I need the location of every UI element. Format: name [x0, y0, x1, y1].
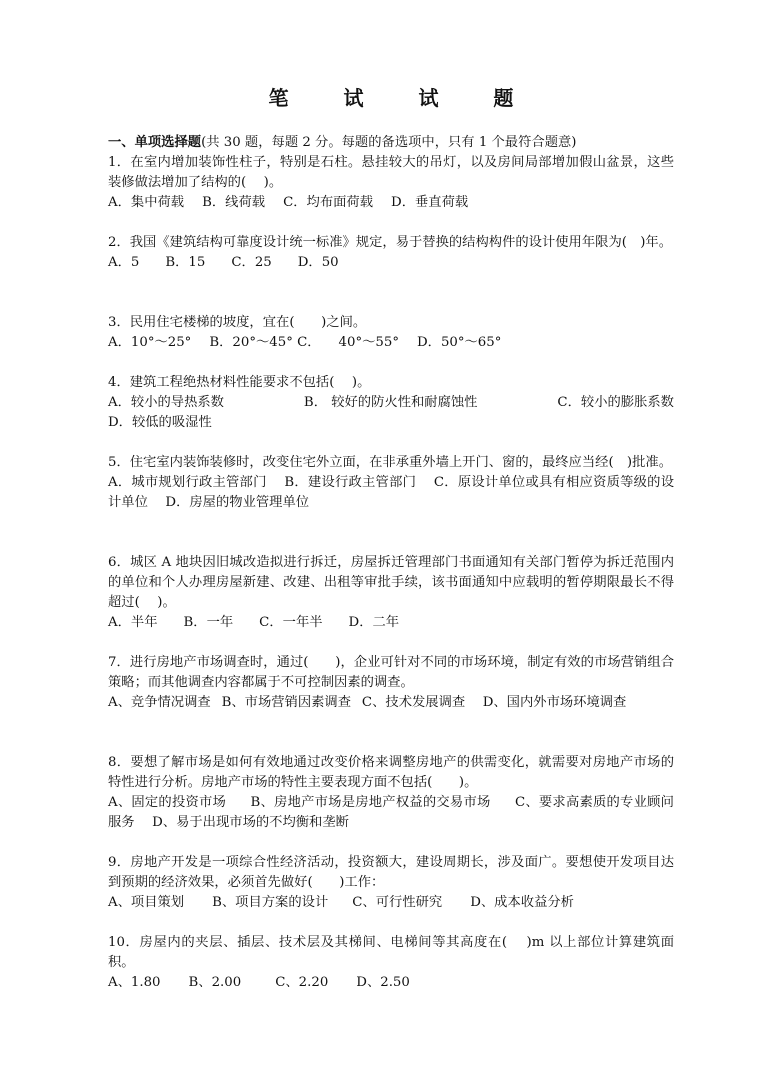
option-b: B．线荷载: [202, 193, 265, 213]
question-stem: 10．房屋内的夹层、插层、技术层及其梯间、电梯间等其高度在( )m 以上部位计算…: [108, 933, 674, 973]
options: A．10°～25° B．20°～45° C． 40°～55° D．50°～65°: [108, 333, 674, 353]
option-c: C．均布面荷载: [283, 193, 373, 213]
option-d: D．50°～65°: [417, 333, 501, 353]
option-b: B．20°～45° C．: [209, 333, 320, 353]
question-stem: 2．我国《建筑结构可靠度设计统一标准》规定，易于替换的结构构件的设计使用年限为(…: [108, 233, 674, 253]
question-stem: 7．进行房地产市场调查时，通过( )，企业可针对不同的市场环境，制定有效的市场营…: [108, 653, 674, 693]
option-d: D、易于出现市场的不均衡和垄断: [152, 815, 349, 830]
option-b: B、房地产市场是房地产权益的交易市场: [251, 795, 491, 810]
option-d: D．垂直荷载: [391, 193, 468, 213]
option-d: D．50: [298, 253, 339, 273]
option-a: A．半年: [108, 613, 158, 633]
option-c: C、2.20: [275, 973, 328, 993]
option-c: C、技术发展调查: [362, 695, 465, 710]
option-a: A、固定的投资市场: [108, 795, 226, 810]
option-a: A．城市规划行政主管部门: [108, 475, 267, 490]
option-d: D、2.50: [356, 973, 410, 993]
question-stem: 5．住宅室内装饰装修时，改变住宅外立面，在非承重外墙上开门、窗的，最终应当经( …: [108, 453, 674, 473]
section-heading: 一、单项选择题(共 30 题，每题 2 分。每题的备选项中，只有 1 个最符合题…: [108, 133, 678, 153]
question-stem: 8．要想了解市场是如何有效地通过改变价格来调整房地产的供需变化，就需要对房地产市…: [108, 753, 674, 793]
options: A．5 B．15 C．25 D．50: [108, 253, 674, 273]
question-stem: 9．房地产开发是一项综合性经济活动，投资额大，建设周期长，涉及面广。要想使开发项…: [108, 853, 674, 893]
option-d: D．房屋的物业管理单位: [165, 495, 309, 510]
question-stem: 1．在室内增加装饰性柱子，特别是石柱。悬挂较大的吊灯，以及房间局部增加假山盆景，…: [108, 153, 674, 193]
option-a: A、竞争情况调查: [108, 695, 211, 710]
options: A．集中荷载 B．线荷载 C．均布面荷载 D．垂直荷载: [108, 193, 674, 213]
option-d: D、成本收益分析: [470, 893, 574, 913]
options: A．城市规划行政主管部门 B．建设行政主管部门 C．原设计单位或具有相应资质等级…: [108, 473, 674, 513]
option-d: D、国内外市场环境调查: [483, 695, 627, 710]
option-a: A．集中荷载: [108, 193, 184, 213]
option-b: B、2.00: [189, 973, 242, 993]
page-title: 笔 试 试 题: [108, 82, 674, 111]
option-c: C．较小的膨胀系数: [557, 393, 674, 413]
question-1: 1．在室内增加装饰性柱子，特别是石柱。悬挂较大的吊灯，以及房间局部增加假山盆景，…: [108, 153, 674, 213]
section-title: 一、单项选择题: [108, 135, 201, 150]
question-2: 2．我国《建筑结构可靠度设计统一标准》规定，易于替换的结构构件的设计使用年限为(…: [108, 233, 674, 273]
question-6: 6．城区 A 地块因旧城改造拟进行拆迁，房屋拆迁管理部门书面通知有关部门暂停为拆…: [108, 553, 674, 633]
option-a: A．5: [108, 253, 139, 273]
question-stem: 6．城区 A 地块因旧城改造拟进行拆迁，房屋拆迁管理部门书面通知有关部门暂停为拆…: [108, 553, 674, 613]
option-b: B．15: [165, 253, 205, 273]
options: A．较小的导热系数 B． 较好的防火性和耐腐蚀性 C．较小的膨胀系数 D．较低的…: [108, 393, 674, 433]
option-d: D．较低的吸湿性: [108, 413, 656, 433]
question-stem: 3．民用住宅楼梯的坡度，宜在( )之间。: [108, 313, 674, 333]
option-c: 40°～55°: [339, 333, 399, 353]
options: A、固定的投资市场 B、房地产市场是房地产权益的交易市场 C、要求高素质的专业顾…: [108, 793, 674, 833]
question-5: 5．住宅室内装饰装修时，改变住宅外立面，在非承重外墙上开门、窗的，最终应当经( …: [108, 453, 674, 513]
question-stem: 4．建筑工程绝热材料性能要求不包括( )。: [108, 373, 674, 393]
options: A、项目策划 B、项目方案的设计 C、可行性研究 D、成本收益分析: [108, 893, 674, 913]
option-b: B．一年: [184, 613, 234, 633]
option-a: A、1.80: [108, 973, 161, 993]
option-c: C．一年半: [259, 613, 322, 633]
section-note: (共 30 题，每题 2 分。每题的备选项中，只有 1 个最符合题意): [201, 135, 576, 150]
question-3: 3．民用住宅楼梯的坡度，宜在( )之间。 A．10°～25° B．20°～45°…: [108, 313, 674, 353]
option-b: B． 较好的防火性和耐腐蚀性: [304, 393, 478, 413]
question-9: 9．房地产开发是一项综合性经济活动，投资额大，建设周期长，涉及面广。要想使开发项…: [108, 853, 674, 913]
option-c: C．25: [231, 253, 271, 273]
option-a: A．较小的导热系数: [108, 393, 224, 413]
option-a: A、项目策划: [108, 893, 184, 913]
option-b: B、项目方案的设计: [212, 893, 328, 913]
option-d: D．二年: [349, 613, 400, 633]
option-c: C、可行性研究: [352, 893, 442, 913]
option-b: B、市场营销因素调查: [222, 695, 351, 710]
option-a: A．10°～25°: [108, 333, 191, 353]
option-b: B．建设行政主管部门: [284, 475, 416, 490]
options: A．半年 B．一年 C．一年半 D．二年: [108, 613, 674, 633]
question-4: 4．建筑工程绝热材料性能要求不包括( )。 A．较小的导热系数 B． 较好的防火…: [108, 373, 674, 433]
question-7: 7．进行房地产市场调查时，通过( )，企业可针对不同的市场环境，制定有效的市场营…: [108, 653, 674, 713]
question-10: 10．房屋内的夹层、插层、技术层及其梯间、电梯间等其高度在( )m 以上部位计算…: [108, 933, 674, 993]
options: A、竞争情况调查 B、市场营销因素调查 C、技术发展调查 D、国内外市场环境调查: [108, 693, 674, 713]
question-8: 8．要想了解市场是如何有效地通过改变价格来调整房地产的供需变化，就需要对房地产市…: [108, 753, 674, 833]
options: A、1.80 B、2.00 C、2.20 D、2.50: [108, 973, 674, 993]
